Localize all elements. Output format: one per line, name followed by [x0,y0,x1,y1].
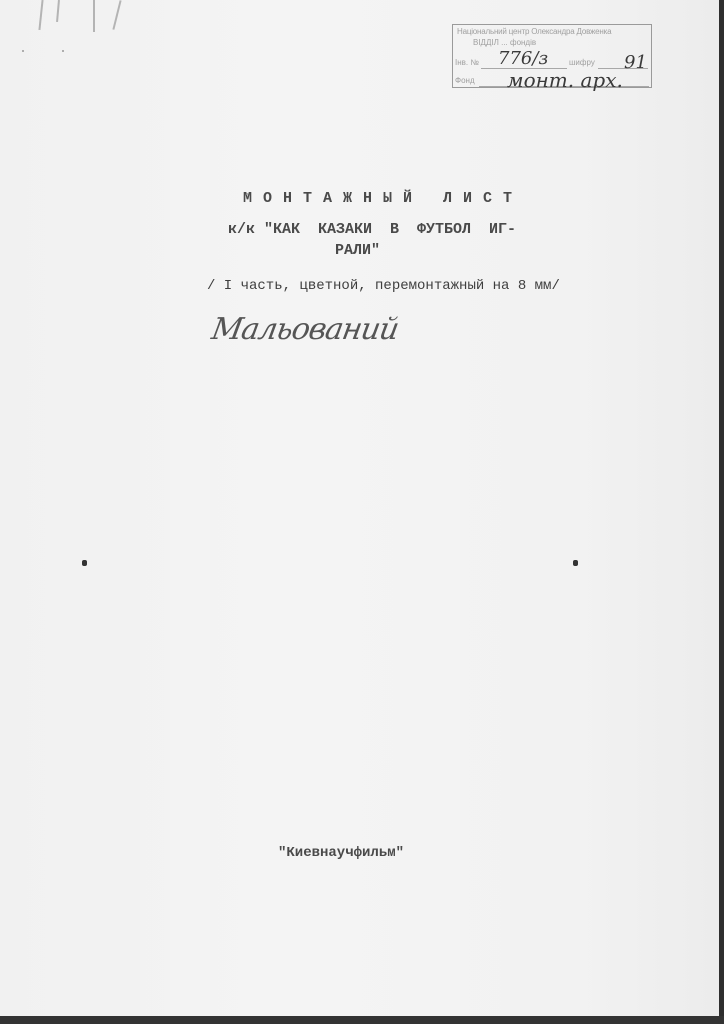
scratch-mark [56,0,60,22]
document-page: Національний центр Олександра Довженка В… [0,0,719,1016]
punch-hole-right [573,560,578,566]
film-details: / I часть, цветной, перемонтажный на 8 м… [207,278,560,294]
scan-edge-right [719,0,724,1024]
studio-name: "Киевнаучфильм" [278,845,404,861]
scratch-mark [38,0,43,30]
scratch-mark [93,0,95,32]
stamp-fund-value: монт. арх. [507,68,623,92]
stamp-header-line1: Національний центр Олександра Довженка [457,27,611,36]
film-title-line2: РАЛИ" [335,242,380,259]
film-title-line1: к/к "КАК КАЗАКИ В ФУТБОЛ ИГ- [228,221,516,238]
speck [246,193,248,195]
scan-edge-bottom [0,1016,724,1024]
speck [22,50,24,52]
speck [62,50,64,52]
stamp-cipher-label: шифру [569,58,595,67]
stamp-inventory-label: Інв. № [455,58,479,67]
punch-hole-left [82,560,87,566]
scratch-mark [112,0,121,30]
stamp-cipher-value: 91 [624,52,647,73]
document-title: М О Н Т А Ж Н Ы Й Л И С Т [243,190,513,207]
stamp-header-line2: ВІДДІЛ ... фондів [473,38,536,47]
stamp-inventory-value: 776/з [498,48,548,69]
handwritten-note: Мальований [209,312,401,347]
stamp-fund-label: Фонд [455,76,475,85]
